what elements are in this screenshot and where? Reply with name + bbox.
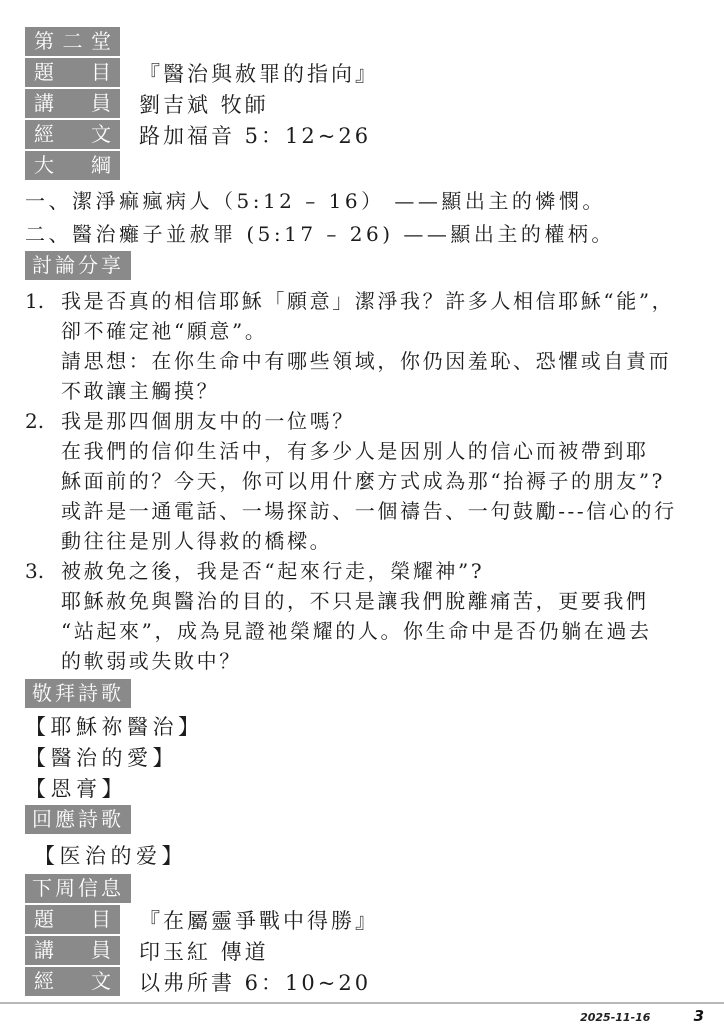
item-line: 或許是一通電話、一場探訪、一個禱告、一句鼓勵---信心的行 bbox=[61, 496, 704, 526]
item-line: 動往往是別人得救的橋樑。 bbox=[61, 526, 704, 556]
session-label: 第二堂 bbox=[25, 27, 120, 56]
discussion-item-1: 1. 我是否真的相信耶穌「願意」潔淨我？許多人相信耶穌“能”， 卻不確定祂“願意… bbox=[25, 286, 704, 406]
discussion-item-3: 3. 被赦免之後，我是否“起來行走，榮耀神”? 耶穌赦免與醫治的目的，不只是讓我… bbox=[25, 556, 704, 676]
worship-song: 【恩膏】 bbox=[25, 774, 704, 805]
next-speaker-label: 講員 bbox=[25, 936, 120, 965]
next-week-title: 下周信息 bbox=[25, 874, 131, 903]
item-line: “站起來”，成為見證祂榮耀的人。你生命中是否仍躺在過去 bbox=[61, 616, 704, 646]
next-topic-label: 題目 bbox=[25, 905, 120, 934]
item-line: 的軟弱或失敗中？ bbox=[61, 646, 704, 676]
outline-point-1: 一、潔淨痲瘋病人（5:12 – 16） ——顯出主的憐憫。 bbox=[25, 185, 704, 218]
response-header: 回應詩歌 bbox=[25, 805, 704, 834]
speaker-row: 講員 劉吉斌 牧師 bbox=[25, 89, 704, 118]
item-line: 我是否真的相信耶穌「願意」潔淨我？許多人相信耶穌“能”， bbox=[61, 286, 704, 316]
response-song: 【医治的爱】 bbox=[25, 841, 704, 871]
next-scripture-row: 經文 以弗所書 6：10~20 bbox=[25, 967, 704, 996]
item-line: 卻不確定祂“願意”。 bbox=[61, 316, 704, 346]
worship-song-list: 【耶穌祢醫治】 【醫治的愛】 【恩膏】 bbox=[25, 712, 704, 805]
worship-title: 敬拜詩歌 bbox=[25, 679, 131, 708]
response-title: 回應詩歌 bbox=[25, 805, 131, 834]
item-number: 2. bbox=[25, 406, 61, 436]
scripture-reference: 路加福音 5：12~26 bbox=[139, 120, 371, 150]
footer-page-number: 3 bbox=[694, 1007, 704, 1024]
item-number: 1. bbox=[25, 286, 61, 316]
scripture-row: 經文 路加福音 5：12~26 bbox=[25, 120, 704, 149]
item-line: 在我們的信仰生活中，有多少人是因別人的信心而被帶到耶 bbox=[61, 436, 704, 466]
next-topic-row: 題目 『在屬靈爭戰中得勝』 bbox=[25, 905, 704, 934]
discussion-list: 1. 我是否真的相信耶穌「願意」潔淨我？許多人相信耶穌“能”， 卻不確定祂“願意… bbox=[25, 286, 704, 676]
discussion-header: 討論分享 bbox=[25, 251, 704, 280]
next-sermon-title: 『在屬靈爭戰中得勝』 bbox=[139, 905, 379, 935]
worship-song: 【醫治的愛】 bbox=[25, 743, 704, 774]
next-week-rows: 題目 『在屬靈爭戰中得勝』 講員 印玉紅 傳道 經文 以弗所書 6：10~20 bbox=[25, 905, 704, 996]
sermon-title: 『醫治與赦罪的指向』 bbox=[139, 58, 379, 88]
item-line: 不敢讓主觸摸？ bbox=[61, 376, 704, 406]
item-number: 3. bbox=[25, 556, 61, 586]
scripture-label: 經文 bbox=[25, 120, 120, 149]
bulletin-page: 第二堂 題目 『醫治與赦罪的指向』 講員 劉吉斌 牧師 經文 路加福音 5：12… bbox=[0, 0, 724, 1024]
worship-header: 敬拜詩歌 bbox=[25, 679, 704, 708]
footer-date: 2025-11-16 bbox=[580, 1011, 650, 1024]
page-footer: 2025-11-16 3 bbox=[0, 1002, 724, 1024]
session-row: 第二堂 bbox=[25, 27, 704, 56]
next-scripture-reference: 以弗所書 6：10~20 bbox=[139, 967, 371, 997]
worship-song: 【耶穌祢醫治】 bbox=[25, 712, 704, 743]
outline-row: 大綱 bbox=[25, 151, 704, 180]
outline-point-2: 二、醫治癱子並赦罪 (5:17 – 26) ——顯出主的權柄。 bbox=[25, 218, 704, 251]
item-line: 我是那四個朋友中的一位嗎？ bbox=[61, 406, 704, 436]
sermon-outline: 一、潔淨痲瘋病人（5:12 – 16） ——顯出主的憐憫。 二、醫治癱子並赦罪 … bbox=[25, 185, 704, 251]
topic-row: 題目 『醫治與赦罪的指向』 bbox=[25, 58, 704, 87]
next-week-header: 下周信息 bbox=[25, 874, 704, 903]
outline-label: 大綱 bbox=[25, 151, 120, 180]
next-scripture-label: 經文 bbox=[25, 967, 120, 996]
speaker-name: 劉吉斌 牧師 bbox=[139, 89, 269, 119]
item-line: 被赦免之後，我是否“起來行走，榮耀神”? bbox=[61, 556, 704, 586]
item-line: 請思想：在你生命中有哪些領域，你仍因羞恥、恐懼或自責而 bbox=[61, 346, 704, 376]
speaker-label: 講員 bbox=[25, 89, 120, 118]
item-line: 耶穌赦免與醫治的目的，不只是讓我們脫離痛苦，更要我們 bbox=[61, 586, 704, 616]
topic-label: 題目 bbox=[25, 58, 120, 87]
next-speaker-name: 印玉紅 傳道 bbox=[139, 936, 269, 966]
discussion-title: 討論分享 bbox=[25, 251, 131, 280]
next-speaker-row: 講員 印玉紅 傳道 bbox=[25, 936, 704, 965]
item-line: 穌面前的？今天，你可以用什麼方式成為那“抬褥子的朋友”? bbox=[61, 466, 704, 496]
discussion-item-2: 2. 我是那四個朋友中的一位嗎？ 在我們的信仰生活中，有多少人是因別人的信心而被… bbox=[25, 406, 704, 556]
